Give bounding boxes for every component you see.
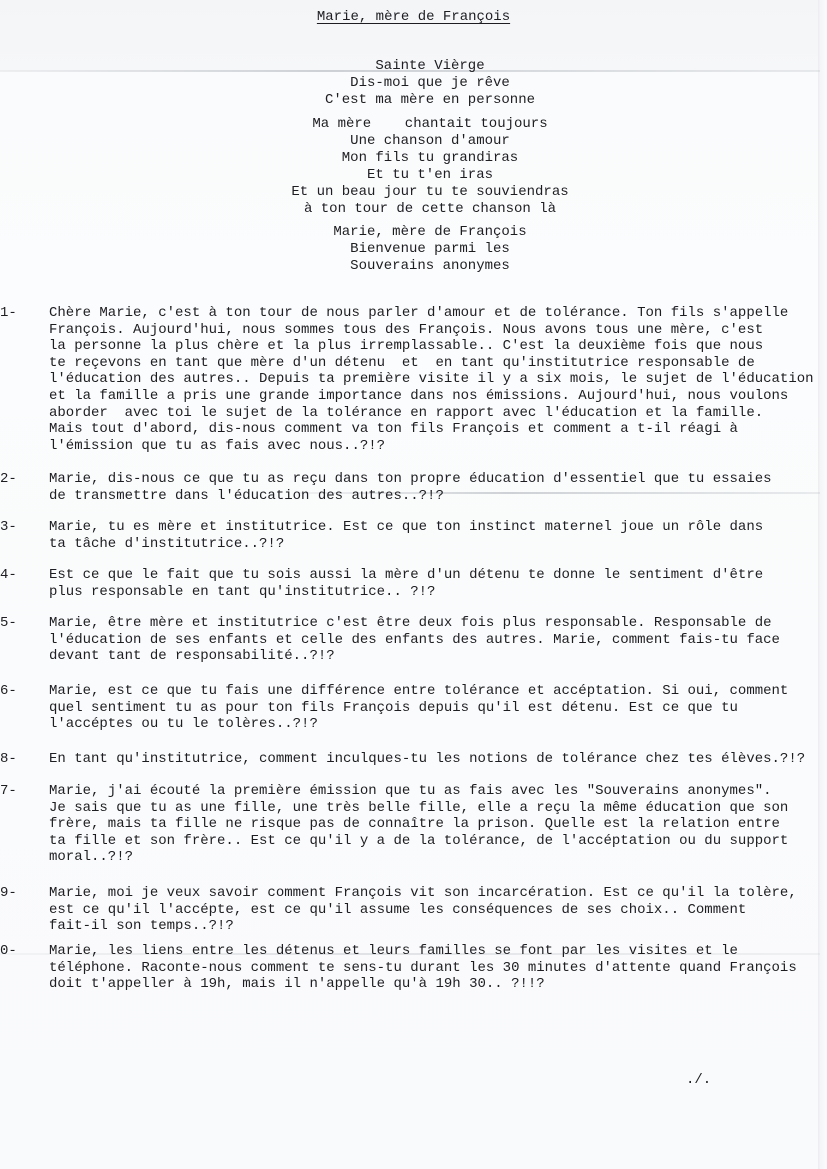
question-line: l'émission que tu as fais avec nous..?!? — [49, 438, 824, 455]
question-line: plus responsable en tant qu'institutrice… — [49, 584, 824, 601]
question-line: Marie, les liens entre les détenus et le… — [49, 943, 824, 960]
question-line: de transmettre dans l'éducation des autr… — [49, 488, 824, 505]
poem-stanza-2: Ma mère chantait toujours Une chanson d'… — [0, 116, 827, 218]
question-line: fait-il son temps..?!? — [49, 918, 824, 935]
question-text: Marie, j'ai écouté la première émission … — [49, 783, 824, 866]
question-text: Marie, dis-nous ce que tu as reçu dans t… — [49, 471, 824, 504]
question-line: ta fille et son frère.. Est ce qu'il y a… — [49, 833, 824, 850]
question-line: moral..?!? — [49, 849, 824, 866]
question-text: Est ce que le fait que tu sois aussi la … — [49, 567, 824, 600]
document-title-text: Marie, mère de François — [317, 9, 510, 25]
question-line: aborder avec toi le sujet de la toléranc… — [49, 405, 824, 422]
question-line: frère, mais ta fille ne risque pas de co… — [49, 816, 824, 833]
question-line: doit t'appeller à 19h, mais il n'appelle… — [49, 976, 824, 993]
poem-line: C'est ma mère en personne — [0, 92, 827, 109]
poem-line: Marie, mère de François — [0, 224, 827, 241]
question-line: Marie, dis-nous ce que tu as reçu dans t… — [49, 471, 824, 488]
question-number: 9- — [0, 885, 40, 902]
question-text: En tant qu'institutrice, comment inculqu… — [49, 751, 824, 768]
question-line: te reçevons en tant que mère d'un détenu… — [49, 355, 824, 372]
question-number: 3- — [0, 519, 40, 536]
question-number: 8- — [0, 751, 40, 768]
question-line: Marie, j'ai écouté la première émission … — [49, 783, 824, 800]
poem-line: Mon fils tu grandiras — [0, 150, 827, 167]
poem-line: Dis-moi que je rêve — [0, 75, 827, 92]
question-text: Marie, est ce que tu fais une différence… — [49, 683, 824, 733]
question-line: Mais tout d'abord, dis-nous comment va t… — [49, 421, 824, 438]
poem-line: Souverains anonymes — [0, 258, 827, 275]
poem-line: Sainte Vièrge — [0, 58, 827, 75]
question-line: ta tâche d'institutrice..?!? — [49, 536, 824, 553]
question-text: Marie, les liens entre les détenus et le… — [49, 943, 824, 993]
question-number: 6- — [0, 683, 40, 700]
question-line: devant tant de responsabilité..?!? — [49, 648, 824, 665]
question-line: Marie, est ce que tu fais une différence… — [49, 683, 824, 700]
question-text: Marie, être mère et institutrice c'est ê… — [49, 615, 824, 665]
question-text: Marie, moi je veux savoir comment Franço… — [49, 885, 824, 935]
poem-line: Bienvenue parmi les — [0, 241, 827, 258]
poem-line: Une chanson d'amour — [0, 133, 827, 150]
poem-line: Ma mère chantait toujours — [0, 116, 827, 133]
question-number: 1- — [0, 305, 40, 322]
document-title: Marie, mère de François — [0, 8, 827, 26]
question-line: Marie, tu es mère et institutrice. Est c… — [49, 519, 824, 536]
question-line: Est ce que le fait que tu sois aussi la … — [49, 567, 824, 584]
question-line: l'éducation de ses enfants et celle des … — [49, 632, 824, 649]
end-mark: ./. — [686, 1072, 711, 1088]
question-line: Marie, moi je veux savoir comment Franço… — [49, 885, 824, 902]
question-line: En tant qu'institutrice, comment inculqu… — [49, 751, 824, 768]
poem-stanza-1: Sainte Vièrge Dis-moi que je rêve C'est … — [0, 58, 827, 109]
question-text: Chère Marie, c'est à ton tour de nous pa… — [49, 305, 824, 454]
question-line: et la famille a pris une grande importan… — [49, 388, 824, 405]
question-line: la personne la plus chère et la plus irr… — [49, 338, 824, 355]
question-line: l'accéptes ou tu le tolères..?!? — [49, 716, 824, 733]
question-text: Marie, tu es mère et institutrice. Est c… — [49, 519, 824, 552]
question-line: Je sais que tu as une fille, une très be… — [49, 800, 824, 817]
question-line: Chère Marie, c'est à ton tour de nous pa… — [49, 305, 824, 322]
question-line: l'éducation des autres.. Depuis ta premi… — [49, 371, 824, 388]
poem-line: à ton tour de cette chanson là — [0, 201, 827, 218]
question-number: 0- — [0, 943, 40, 960]
question-line: François. Aujourd'hui, nous sommes tous … — [49, 322, 824, 339]
question-number: 2- — [0, 471, 40, 488]
question-line: Marie, être mère et institutrice c'est ê… — [49, 615, 824, 632]
poem-line: Et tu t'en iras — [0, 167, 827, 184]
poem-stanza-3: Marie, mère de François Bienvenue parmi … — [0, 224, 827, 275]
question-line: téléphone. Raconte-nous comment te sens-… — [49, 960, 824, 977]
poem-line: Et un beau jour tu te souviendras — [0, 184, 827, 201]
question-line: est ce qu'il l'accépte, est ce qu'il ass… — [49, 902, 824, 919]
question-number: 5- — [0, 615, 40, 632]
question-number: 7- — [0, 783, 40, 800]
question-number: 4- — [0, 567, 40, 584]
question-line: quel sentiment tu as pour ton fils Franç… — [49, 700, 824, 717]
